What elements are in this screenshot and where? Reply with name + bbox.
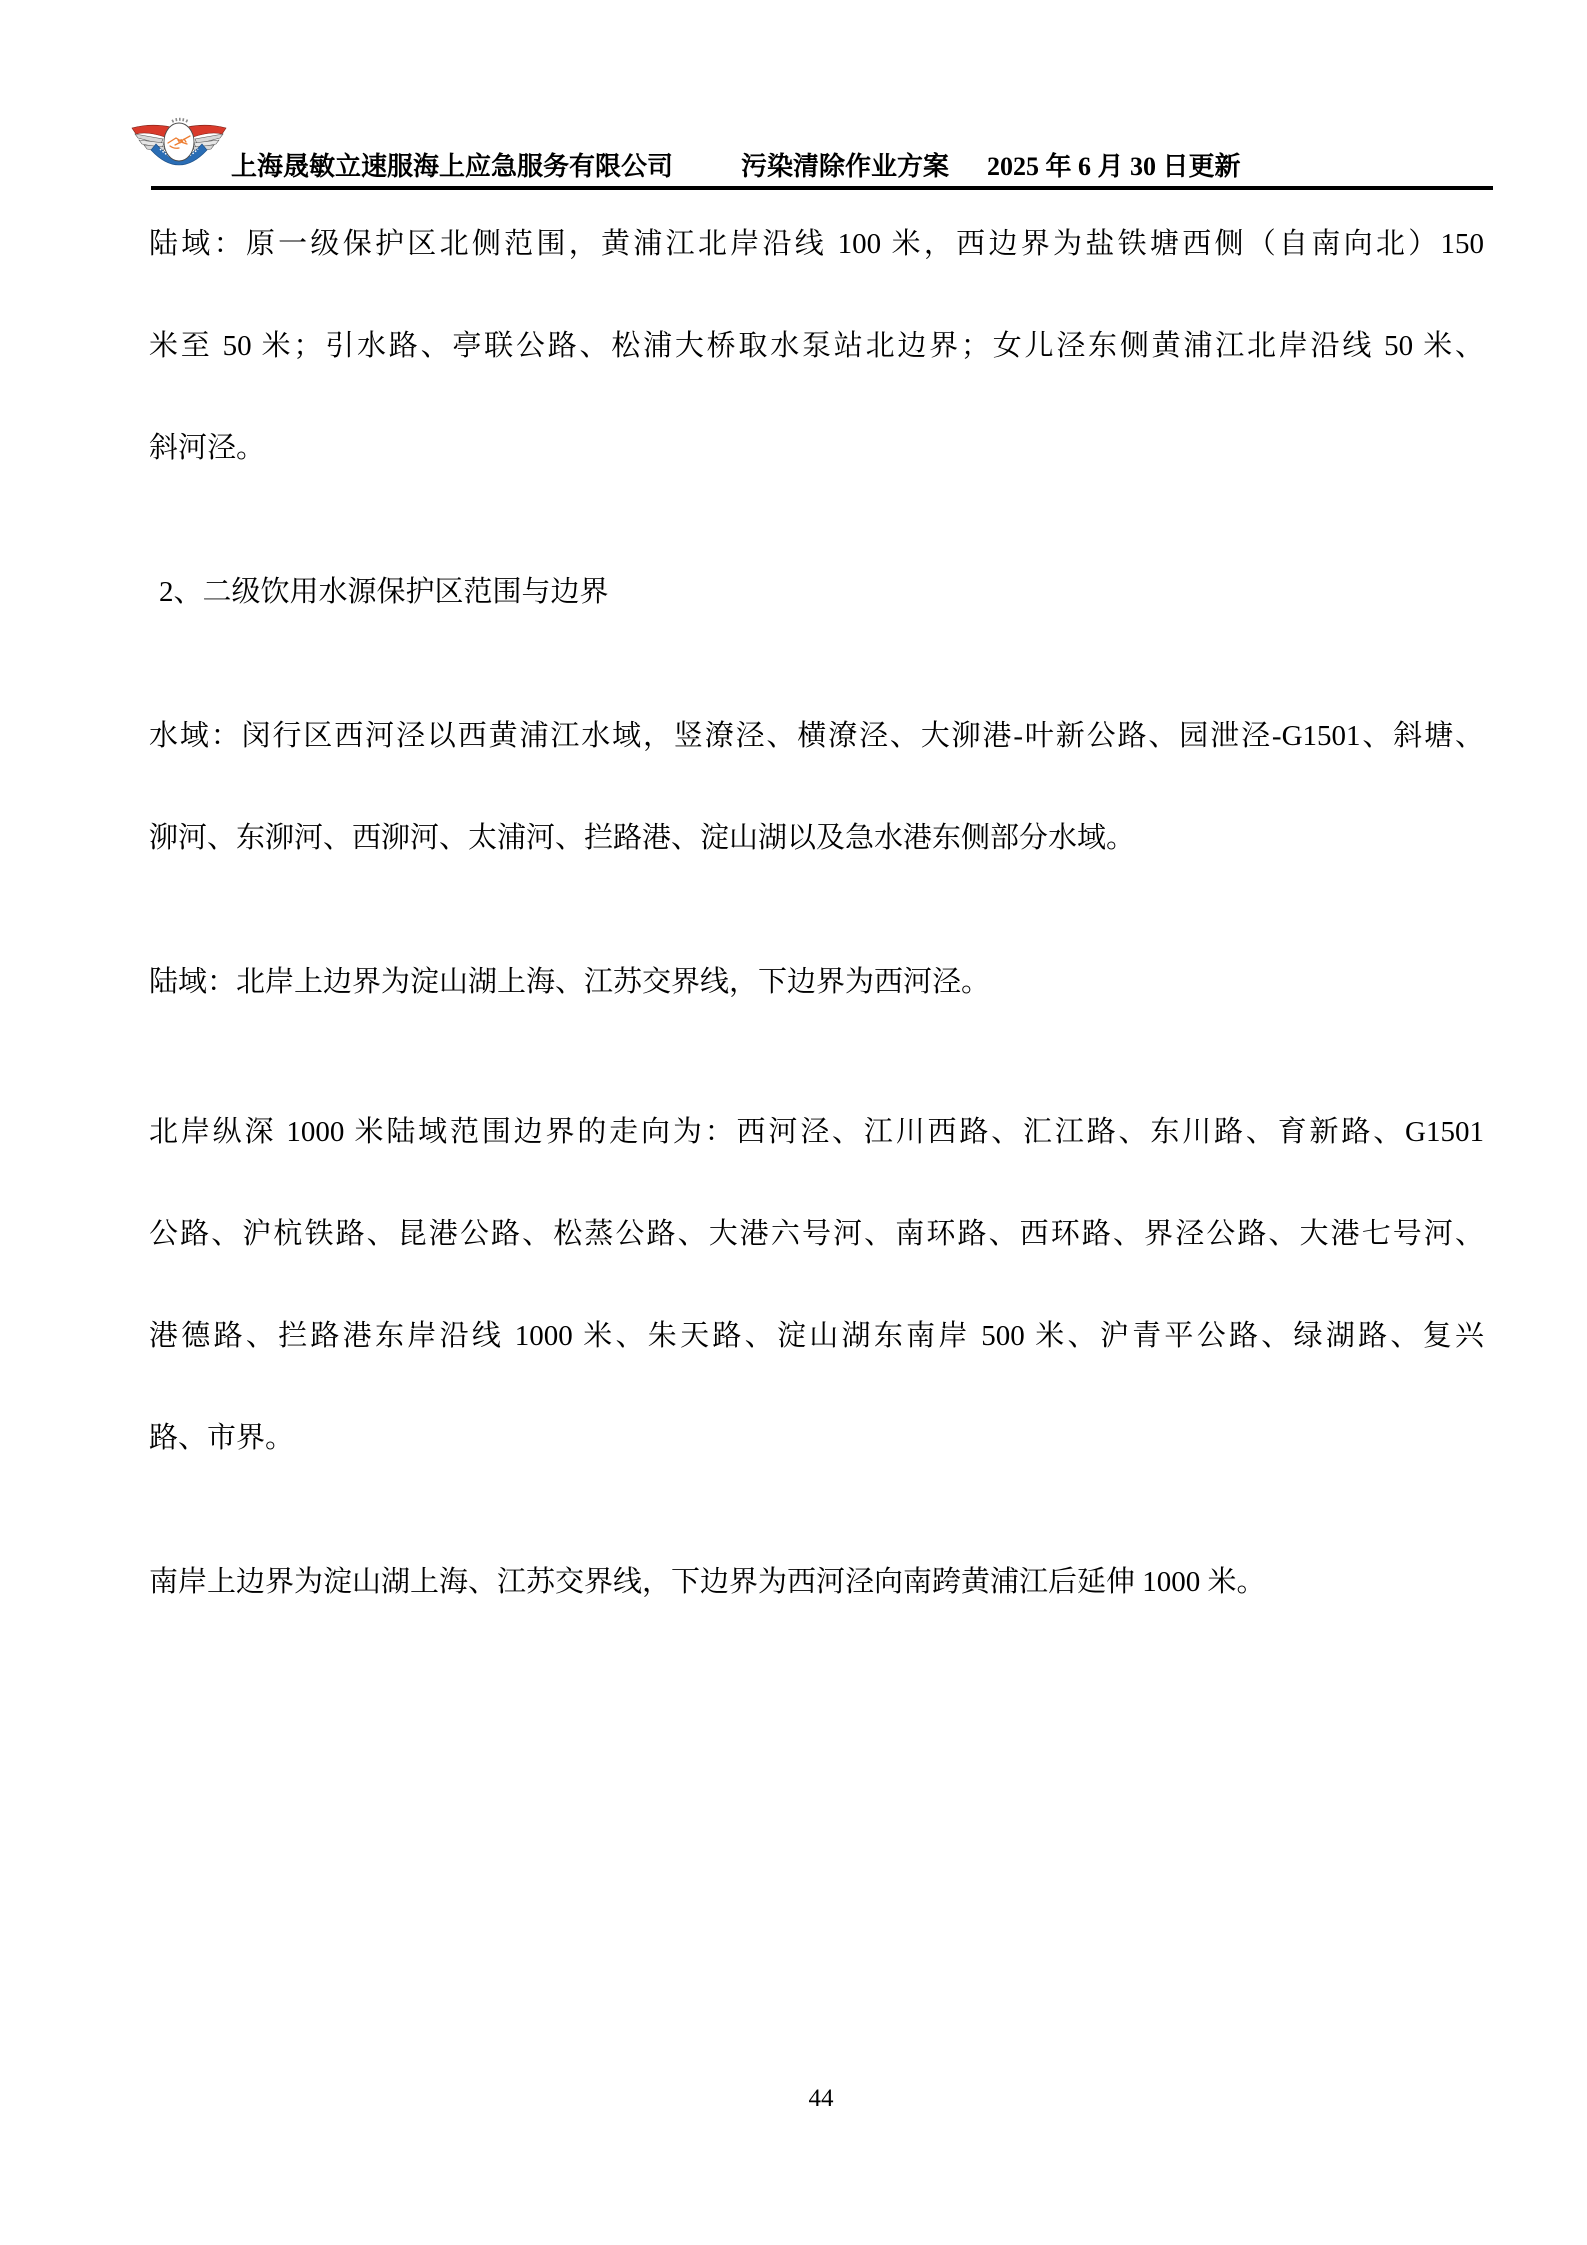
logo-handshake-medallion xyxy=(164,123,194,161)
paragraph-north-shore-depth: 北岸纵深 1000 米陆域范围边界的走向为：西河泾、江川西路、汇江路、东川路、育… xyxy=(149,1081,1484,1489)
paragraph-line: 路、市界。 xyxy=(149,1387,1484,1489)
paragraph-land-north-boundary: 陆域：北岸上边界为淀山湖上海、江苏交界线，下边界为西河泾。 xyxy=(149,931,1484,1033)
section-heading-secondary-protection-zone: 2、二级饮用水源保护区范围与边界 xyxy=(149,541,1484,643)
paragraph-line: 泖河、东泖河、西泖河、太浦河、拦路港、淀山湖以及急水港东侧部分水域。 xyxy=(149,787,1484,889)
header-update-date: 2025 年 6 月 30 日更新 xyxy=(987,151,1241,183)
document-page: 上海晟敏立速服海上应急服务有限公司 污染清除作业方案 2025 年 6 月 30… xyxy=(0,0,1587,2245)
header-divider-rule xyxy=(151,186,1493,190)
logo-sunray-dots xyxy=(171,118,188,123)
header-company-name: 上海晟敏立速服海上应急服务有限公司 xyxy=(231,151,673,183)
paragraph-line: 陆域：原一级保护区北侧范围，黄浦江北岸沿线 100 米，西边界为盐铁塘西侧（自南… xyxy=(149,193,1484,295)
paragraph-south-shore-boundary: 南岸上边界为淀山湖上海、江苏交界线，下边界为西河泾向南跨黄浦江后延伸 1000 … xyxy=(149,1531,1484,1633)
paragraph-water-area: 水域：闵行区西河泾以西黄浦江水域，竖潦泾、横潦泾、大泖港-叶新公路、园泄泾-G1… xyxy=(149,685,1484,889)
paragraph-line: 公路、沪杭铁路、昆港公路、松蒸公路、大港六号河、南环路、西环路、界泾公路、大港七… xyxy=(149,1183,1484,1285)
paragraph-land-boundary-1: 陆域：原一级保护区北侧范围，黄浦江北岸沿线 100 米，西边界为盐铁塘西侧（自南… xyxy=(149,193,1484,499)
paragraph-line: 水域：闵行区西河泾以西黄浦江水域，竖潦泾、横潦泾、大泖港-叶新公路、园泄泾-G1… xyxy=(149,685,1484,787)
header-doc-title: 污染清除作业方案 xyxy=(741,151,949,183)
section-heading: 2、二级饮用水源保护区范围与边界 xyxy=(149,541,1484,643)
paragraph-line: 斜河泾。 xyxy=(149,397,1484,499)
page-number: 44 xyxy=(771,2084,871,2114)
paragraph-line: 港德路、拦路港东岸沿线 1000 米、朱天路、淀山湖东南岸 500 米、沪青平公… xyxy=(149,1285,1484,1387)
company-logo-icon xyxy=(131,115,227,171)
paragraph-line: 北岸纵深 1000 米陆域范围边界的走向为：西河泾、江川西路、汇江路、东川路、育… xyxy=(149,1081,1484,1183)
paragraph-line: 米至 50 米；引水路、亭联公路、松浦大桥取水泵站北边界；女儿泾东侧黄浦江北岸沿… xyxy=(149,295,1484,397)
paragraph-line: 陆域：北岸上边界为淀山湖上海、江苏交界线，下边界为西河泾。 xyxy=(149,931,1484,1033)
paragraph-line: 南岸上边界为淀山湖上海、江苏交界线，下边界为西河泾向南跨黄浦江后延伸 1000 … xyxy=(149,1531,1484,1633)
